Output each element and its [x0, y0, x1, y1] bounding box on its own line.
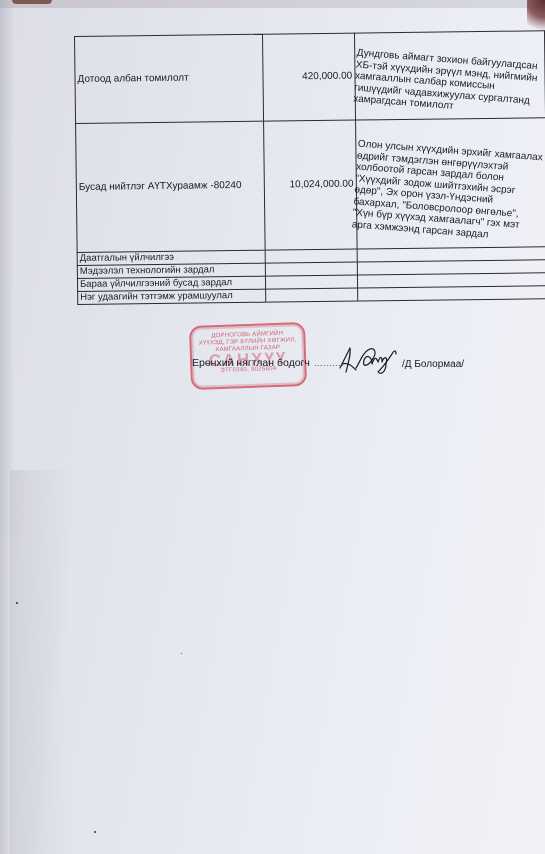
expense-amount	[265, 275, 357, 289]
note-text: Дундговь аймагт зохион байгуулагдсан ХБ-…	[353, 48, 542, 119]
signature-block: ДОРНОГОВЬ АЙМГИЙН ХҮҮХЭД, ГЭР БҮЛИЙН ХӨГ…	[190, 324, 490, 390]
note-text: Олон улсын хүүхдийн эрхийг хамгаалах өдр…	[351, 139, 543, 245]
expense-amount	[265, 249, 357, 263]
expense-amount	[265, 262, 357, 276]
paper-speck	[16, 602, 18, 604]
official-stamp: ДОРНОГОВЬ АЙМГИЙН ХҮҮХЭД, ГЭР БҮЛИЙН ХӨГ…	[189, 322, 307, 390]
expense-amount: 10,024,000.00	[263, 120, 357, 250]
paper-speck	[181, 653, 182, 654]
background-object	[12, 0, 52, 4]
table-row: Бусад нийтлэг АҮТХураамж -80240 10,024,0…	[76, 118, 545, 253]
expense-amount	[265, 288, 357, 302]
paper-shadow	[10, 470, 70, 854]
paper-speck	[94, 831, 96, 833]
table-row: Дотоод албан томилолт 420,000.00 Дундгов…	[75, 31, 545, 124]
budget-table: Дотоод албан томилолт 420,000.00 Дундгов…	[74, 30, 545, 305]
expense-note	[357, 286, 545, 301]
expense-note: Дундговь аймагт зохион байгуулагдсан ХБ-…	[354, 31, 545, 120]
expense-name: Бусад нийтлэг АҮТХураамж -80240	[76, 121, 265, 252]
expense-name: Дотоод албан томилолт	[75, 34, 264, 123]
expense-note: Олон улсын хүүхдийн эрхийг хамгаалах өдр…	[355, 118, 545, 249]
signer-title: Ерөнхий нягтлан бодогч	[192, 357, 310, 369]
signer-name: /Д Болормаа/	[402, 359, 464, 370]
page-top-edge	[0, 0, 545, 8]
expense-amount: 420,000.00	[262, 33, 355, 121]
expense-name: Нэг удаагийн тэтгэмж урамшуулал	[78, 289, 266, 304]
handwritten-signature-icon	[338, 338, 400, 378]
